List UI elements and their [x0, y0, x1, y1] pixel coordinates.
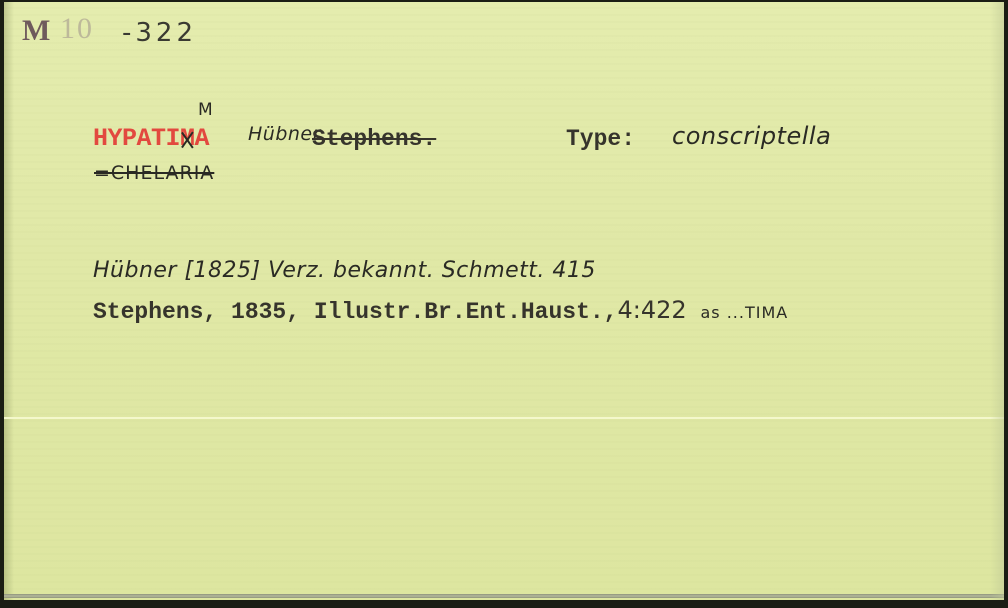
card-number: -322: [122, 18, 197, 48]
reference-stephens: Stephens, 1835, Illustr.Br.Ent.Haust.,4:…: [93, 296, 788, 325]
ruled-line: [4, 417, 1004, 419]
synonym-struck: =CHELARIA: [94, 162, 214, 184]
reference-hubner: Hübner [1825] Verz. bekannt. Schmett. 41…: [93, 258, 596, 283]
author-typed-struck: Stephens.: [312, 126, 436, 152]
genus-correction-letter: M: [198, 100, 213, 120]
genus-struck-letter: M: [180, 124, 195, 153]
genus-prefix: HYPATI: [93, 124, 180, 153]
collection-stamp-faint-digits: 10: [60, 12, 94, 46]
reference-stephens-pages: 4:422: [618, 296, 687, 324]
type-label: Type:: [566, 126, 635, 152]
reference-stephens-citation: Stephens, 1835, Illustr.Br.Ent.Haust.,: [93, 299, 618, 325]
type-species: conscriptella: [672, 122, 831, 150]
collection-stamp-letter: M: [22, 14, 51, 48]
genus-name: HYPATIMA: [93, 124, 209, 153]
card-bottom-edge: [4, 594, 1004, 598]
genus-suffix: A: [195, 124, 210, 153]
reference-stephens-annotation: as ...TIMA: [700, 303, 788, 322]
index-card: M 10 -322 HYPATIMA M Hübner Stephens. =C…: [4, 2, 1004, 600]
author-handwritten: Hübner: [248, 123, 321, 145]
